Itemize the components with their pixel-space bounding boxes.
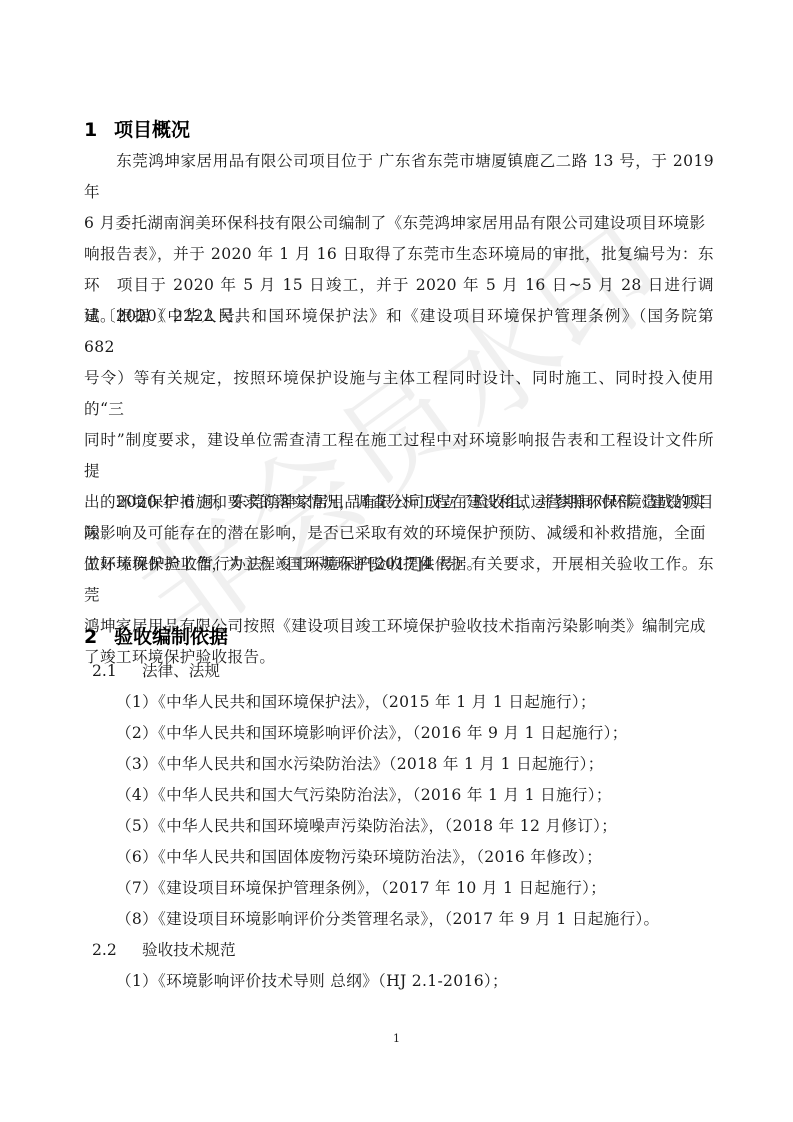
text-line: 号令）等有关规定，按照环境保护设施与主体工程同时设计、同时施工、同时投入使用的“… [84,363,714,425]
text-line: 工环境保护验收暂行办法》（国环规环评[2017]4 号）有关要求，开展相关验收工… [84,549,714,611]
list-item: （3）《中华人民共和国水污染防治法》（2018 年 1 月 1 日起施行）； [116,749,604,780]
section-1-heading: 1项目概况 [84,118,190,142]
text-line: 2020 年 6 月，东莞鸿坤家居用品有限公司成立了验收组，并参照环保部《建设项… [84,487,714,549]
list-item: （7）《建设项目环境保护管理条例》，（2017 年 10 月 1 日起施行）； [116,873,606,904]
list-item: （5）《中华人民共和国环境噪声污染防治法》，（2018 年 12 月修订）； [116,811,617,842]
section-title: 验收编制依据 [114,626,228,648]
list-item: （1）《环境影响评价技术导则 总纲》（HJ 2.1-2016）； [116,966,508,997]
text-line: 6 月委托湖南润美环保科技有限公司编制了《东莞鸿坤家居用品有限公司建设项目环境影 [84,208,714,239]
section-number: 1 [84,118,114,142]
document-page: 1项目概况 东莞鸿坤家居用品有限公司项目位于 广东省东莞市塘厦镇鹿乙二路 13 … [84,0,714,1122]
list-item: （1）《中华人民共和国环境保护法》，（2015 年 1 月 1 日起施行）； [116,687,596,718]
text-line: 同时”制度要求，建设单位需查清工程在施工过程中对环境影响报告表和工程设计文件所提 [84,425,714,487]
text-line: 东莞鸿坤家居用品有限公司项目位于 广东省东莞市塘厦镇鹿乙二路 13 号，于 20… [84,146,714,208]
subsection-2-1-heading: 2.1法律、法规 [92,656,220,687]
list-item: （8）《建设项目环境影响评价分类管理名录》，（2017 年 9 月 1 日起施行… [116,904,659,935]
subsection-2-2-heading: 2.2验收技术规范 [92,935,236,966]
list-item: （6）《中华人民共和国固体废物污染环境防治法》，（2016 年修改）； [116,842,602,873]
text-line: 根据《中华人民共和国环境保护法》和《建设项目环境保护管理条例》（国务院第 682 [84,301,714,363]
list-item: （4）《中华人民共和国大气污染防治法》，（2016 年 1 月 1 日施行）； [116,780,612,811]
section-title: 项目概况 [114,119,190,141]
section-number: 2 [84,625,114,649]
section-2-heading: 2验收编制依据 [84,625,228,649]
page-number: 1 [393,1032,400,1045]
list-item: （2）《中华人民共和国环境影响评价法》，（2016 年 9 月 1 日起施行）； [116,718,628,749]
